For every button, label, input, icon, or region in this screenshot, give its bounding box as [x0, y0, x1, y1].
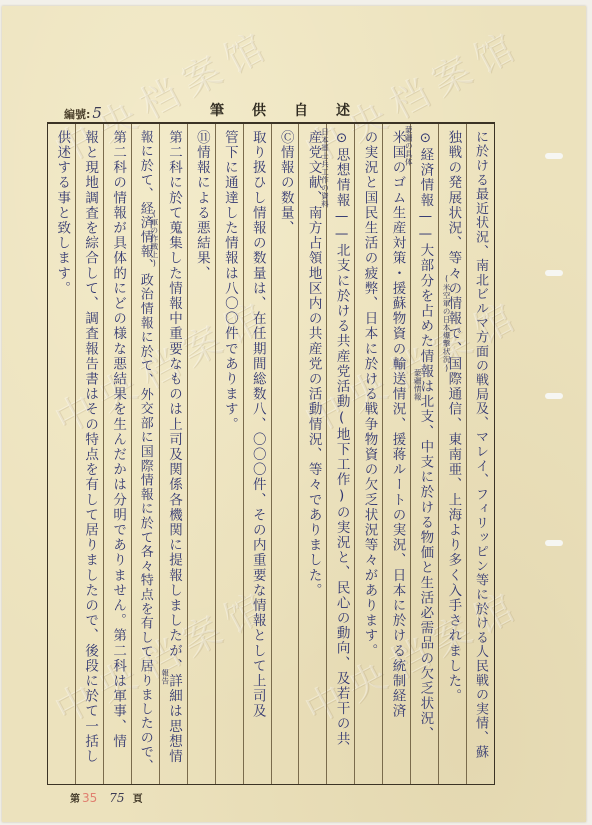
grid-column: Ⓒ情報の数量、	[271, 124, 299, 784]
grid-column: 取り扱ひし情報の数量は、在任期間総数八、〇〇〇件、その内重要な情報として上司及	[243, 124, 271, 784]
column-text: 米国のゴム生産対策・援蘇物資の輸送情況、援蒋ルートの実況、日本に於ける統制経済	[390, 130, 404, 719]
grid-column: 第二科に於て蒐集した情報中重要なものは上司及関係各機関に提報しましたが、詳細は思…	[159, 124, 187, 784]
column-text: 産党文献、南方占領地区内の共産党の活動情況、等々でありました。	[306, 130, 320, 598]
grid-column: に於ける最近状況、南北ビルマ方面の戦局及、マレイ、フィリッピン等に於ける人民戦の…	[466, 124, 494, 784]
serial-value: 5	[92, 104, 102, 122]
page-title: 筆 供 自 述	[210, 100, 350, 120]
column-text: ⊙思想情報——北支に於ける共産党活動(地下工作)の実況と、民心の動向、及若干の共	[334, 130, 348, 747]
grid-column: 産党文献、南方占領地区内の共産党の活動情況、等々でありました。日本軍士兵工作の資…	[298, 124, 326, 784]
page-prefix: 第	[70, 794, 80, 805]
serial-number: 編號:5	[64, 104, 102, 122]
title-char: 供	[252, 100, 266, 120]
grid-column: ⊙思想情報——北支に於ける共産党活動(地下工作)の実況と、民心の動向、及若干の共	[326, 124, 354, 784]
serial-label: 編號:	[64, 108, 90, 121]
margin-annotation: 蒙疆情報	[412, 369, 423, 401]
grid-column: 報と現地調査を綜合して、調査報告書はその特点を有して居りましたので、後段に於て一…	[75, 124, 103, 784]
grid-column: ⊙経済情報——大部分を占めた情報は北支、中支に於ける物価と生活必需品の欠乏状況、…	[410, 124, 438, 784]
title-char: 筆	[210, 100, 224, 120]
margin-annotation: 日本軍士兵工作の資料	[319, 128, 330, 208]
grid-column: 第二科の情報が具体的にどの様な悪結果を生んだかは分明でありません。第二科は軍事、…	[103, 124, 131, 784]
margin-annotation: 蒙疆の具体	[403, 126, 414, 166]
column-text: Ⓒ情報の数量、	[278, 130, 292, 236]
grid-column: 米国のゴム生産対策・援蘇物資の輸送情況、援蒋ルートの実況、日本に於ける統制経済蒙…	[382, 124, 410, 784]
punch-hole	[545, 393, 563, 399]
column-text: 第二科の情報が具体的にどの様な悪結果を生んだかは分明でありません。第二科は軍事、…	[111, 130, 125, 749]
grid-column: ⑪情報による悪結果、	[187, 124, 215, 784]
column-text: の実況と国民生活の疲弊、日本に於ける戦争物資の欠乏状況等々があります。	[362, 130, 376, 659]
grid-column: 供述する事と致します。	[48, 124, 75, 784]
column-text: 報と現地調査を綜合して、調査報告書はその特点を有して居りましたので、後段に於て一…	[83, 130, 97, 764]
page-footer: 第3575頁	[70, 790, 143, 805]
page-suffix: 頁	[133, 794, 143, 805]
punch-hole	[545, 153, 563, 159]
stamp-page-number: 35	[82, 791, 97, 805]
column-text: に於ける最近状況、南北ビルマ方面の戦局及、マレイ、フィリッピン等に於ける人民戦の…	[474, 130, 487, 759]
grid-column: 独戦の発展状況、等々の情報で、国際通信、東南亜、上海より多く入手されました。(米…	[438, 124, 466, 784]
column-text: 独戦の発展状況、等々の情報で、国際通信、東南亜、上海より多く入手されました。	[446, 130, 460, 704]
page-number: 75	[109, 791, 124, 805]
grid-column: 報に於て、経済情報、政治情報に於て、外交部に国際情報に於て各々特点を有して居りま…	[131, 124, 159, 784]
margin-annotation: 報告	[160, 669, 171, 685]
punch-hole	[545, 270, 563, 276]
margin-annotation: (軍の作戦上)	[149, 209, 160, 268]
punch-hole	[545, 540, 563, 546]
column-text: ⑪情報による悪結果、	[194, 130, 208, 281]
column-text: 取り扱ひし情報の数量は、在任期間総数八、〇〇〇件、その内重要な情報として上司及	[250, 130, 264, 719]
margin-annotation: (米空軍の日本爆撃状況)	[441, 274, 452, 373]
manuscript-grid: に於ける最近状況、南北ビルマ方面の戦局及、マレイ、フィリッピン等に於ける人民戦の…	[47, 122, 495, 785]
column-text: 管下に通達した情報は八〇〇件であります。	[222, 130, 236, 432]
grid-column: の実況と国民生活の疲弊、日本に於ける戦争物資の欠乏状況等々があります。	[354, 124, 382, 784]
title-char: 自	[294, 100, 308, 120]
title-char: 述	[336, 100, 350, 120]
grid-column: 管下に通達した情報は八〇〇件であります。	[215, 124, 243, 784]
column-text: 供述する事と致します。	[55, 130, 69, 296]
column-text: ⊙経済情報——大部分を占めた情報は北支、中支に於ける物価と生活必需品の欠乏状況、	[418, 130, 432, 742]
